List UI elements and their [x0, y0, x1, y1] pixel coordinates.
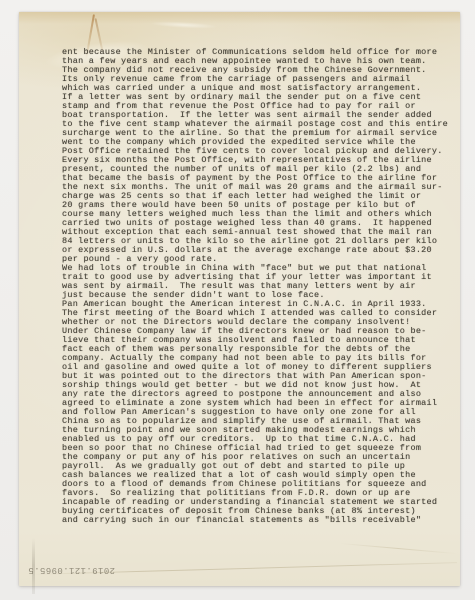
paper-age-discoloration [19, 12, 460, 24]
typewritten-page: ent because the Minister of Communicatio… [19, 12, 460, 586]
paper-fold-crease [339, 543, 457, 554]
typewritten-text-block: ent because the Minister of Communicatio… [62, 48, 458, 525]
accession-number-pencil: 2019.121.0965.5 [23, 565, 115, 575]
text-line: and carrying such in our financial state… [62, 516, 458, 525]
